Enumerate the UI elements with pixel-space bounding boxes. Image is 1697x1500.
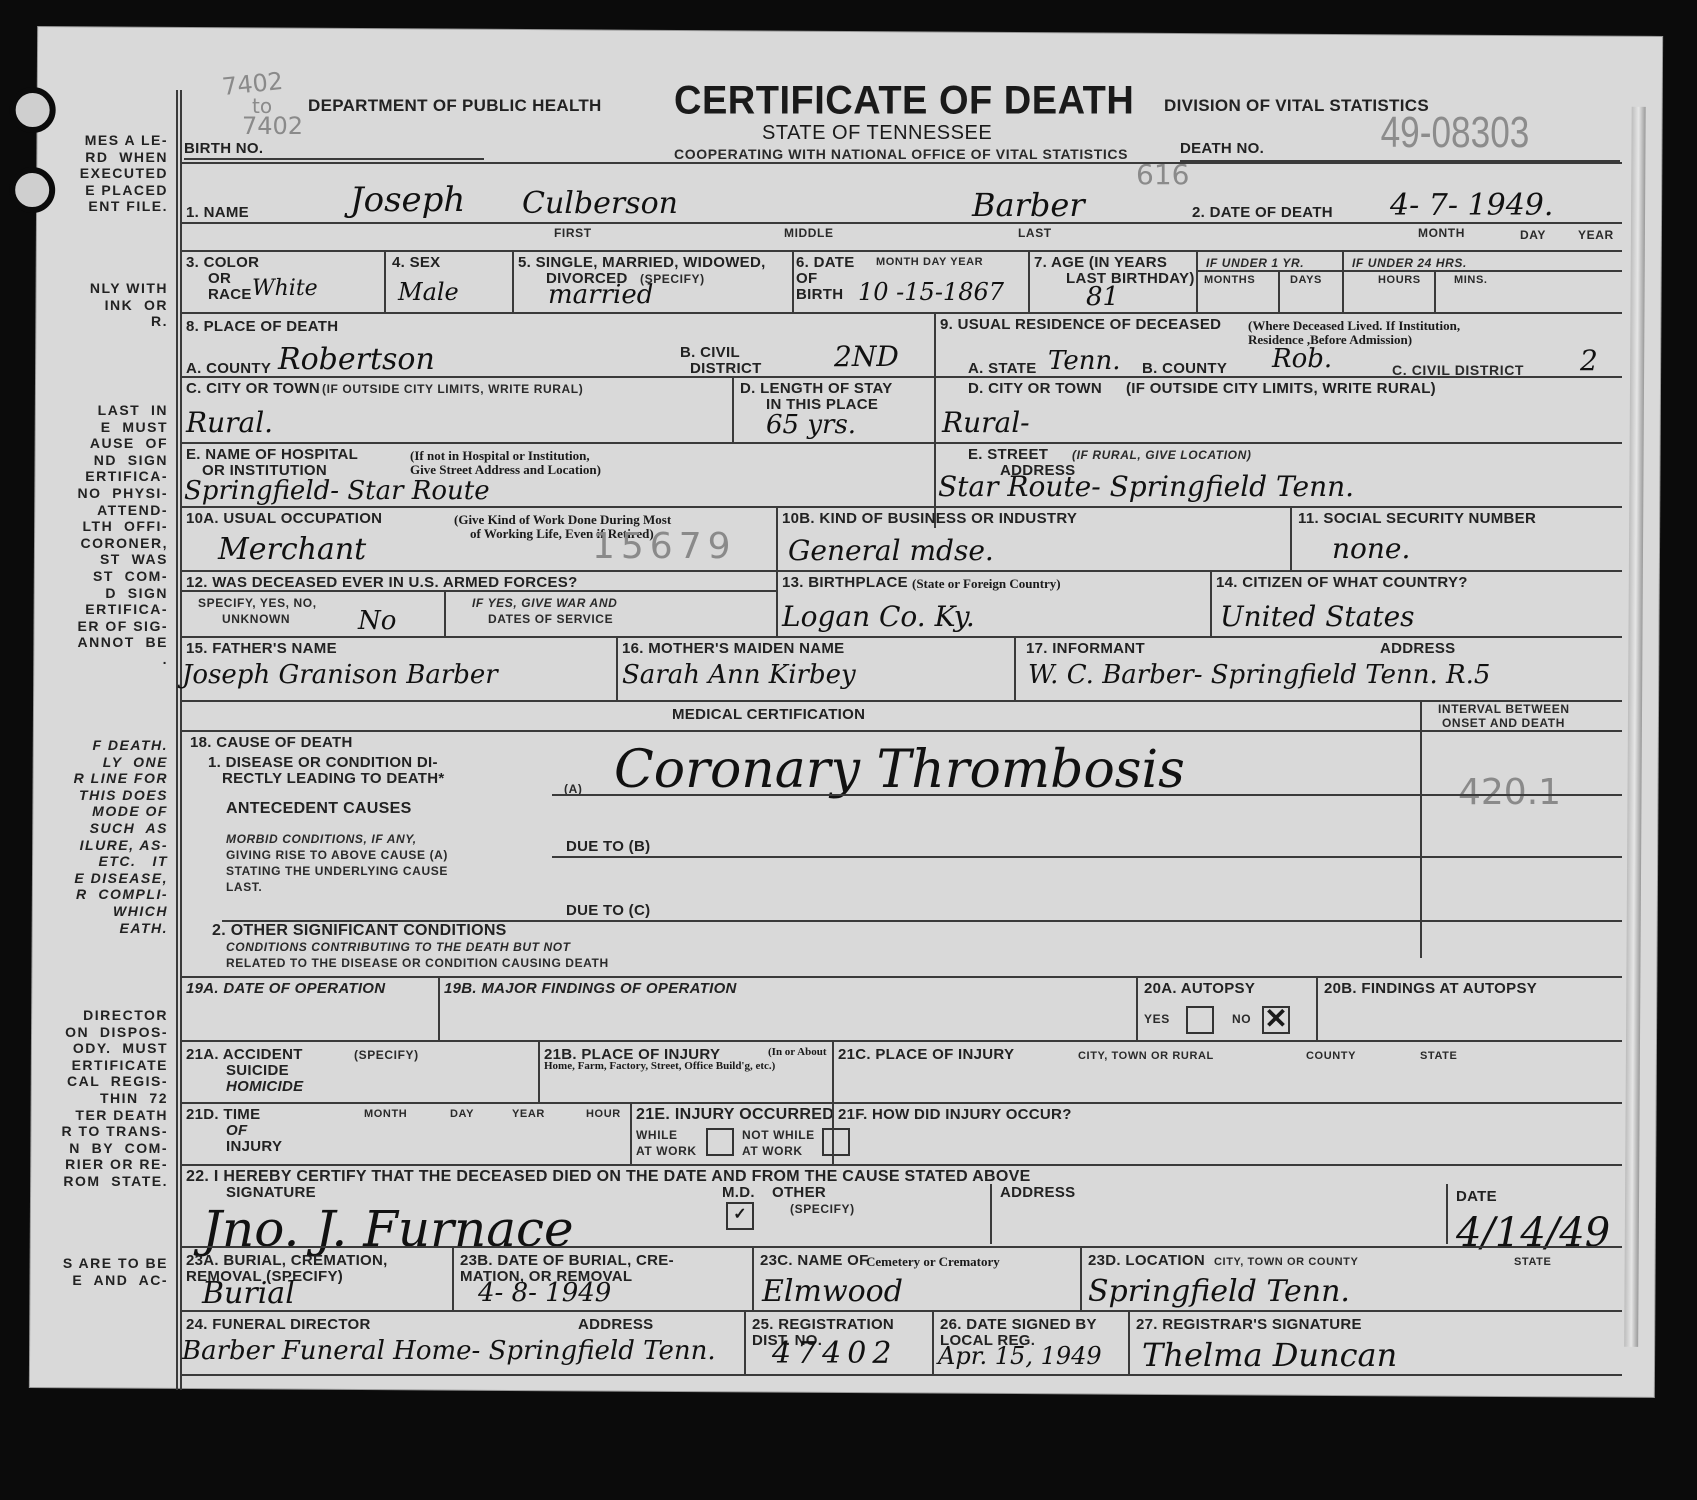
disease-label-2: RECTLY LEADING TO DEATH* bbox=[222, 770, 445, 787]
dob-captions: MONTH DAY YEAR bbox=[876, 256, 983, 268]
operation-findings-label: 19B. MAJOR FINDINGS OF OPERATION bbox=[444, 980, 737, 997]
rule bbox=[934, 312, 936, 528]
father-value: Joseph Granison Barber bbox=[182, 660, 498, 690]
year-caption: YEAR bbox=[1578, 228, 1614, 242]
marital-label: 5. SINGLE, MARRIED, WIDOWED, bbox=[518, 254, 766, 271]
morbid-label-2: GIVING RISE TO ABOVE CAUSE (A) bbox=[226, 848, 448, 862]
rule bbox=[792, 250, 794, 312]
autopsy-yes-checkbox[interactable] bbox=[1186, 1006, 1214, 1034]
rule bbox=[538, 1040, 540, 1102]
other-conditions-note-2: RELATED TO THE DISEASE OR CONDITION CAUS… bbox=[226, 956, 609, 970]
cooperating-label: COOPERATING WITH NATIONAL OFFICE OF VITA… bbox=[674, 146, 1128, 162]
rule bbox=[182, 312, 1622, 314]
res-city-note: (IF OUTSIDE CITY LIMITS, WRITE RURAL) bbox=[1126, 380, 1436, 397]
place-of-death-label: 8. PLACE OF DEATH bbox=[186, 318, 338, 335]
while-at-work-label: WHILE bbox=[636, 1128, 678, 1142]
informant-value: W. C. Barber- Springfield Tenn. R.5 bbox=[1028, 660, 1490, 690]
rule bbox=[444, 590, 446, 636]
certifier-address-label: ADDRESS bbox=[1000, 1184, 1075, 1201]
how-injury-label: 21F. HOW DID INJURY OCCUR? bbox=[838, 1106, 1072, 1123]
hours-label: HOURS bbox=[1378, 274, 1421, 286]
rule bbox=[832, 1040, 834, 1102]
burial-date-label: 23B. DATE OF BURIAL, CRE- bbox=[460, 1252, 674, 1269]
operation-date-label: 19A. DATE OF OPERATION bbox=[186, 980, 385, 997]
rule bbox=[182, 162, 1622, 164]
due-to-c-label: DUE TO (C) bbox=[566, 902, 650, 919]
registrar-signature-label: 27. REGISTRAR'S SIGNATURE bbox=[1136, 1316, 1362, 1333]
res-state-label: A. STATE bbox=[968, 360, 1037, 377]
rule bbox=[182, 1374, 1622, 1376]
name-middle: Culberson bbox=[522, 186, 678, 221]
rule bbox=[776, 570, 778, 636]
res-city-value: Rural- bbox=[942, 406, 1030, 439]
residence-label: 9. USUAL RESIDENCE OF DECEASED bbox=[940, 316, 1221, 333]
rule bbox=[1210, 570, 1212, 636]
rule bbox=[1196, 270, 1622, 272]
first-caption: FIRST bbox=[554, 226, 592, 240]
burial-type-label: 23A. BURIAL, CREMATION, bbox=[186, 1252, 388, 1269]
rule bbox=[384, 250, 386, 312]
mins-label: MINS. bbox=[1454, 274, 1488, 286]
burial-state-label: STATE bbox=[1514, 1256, 1551, 1268]
rule bbox=[744, 1310, 746, 1374]
cause-a-value: Coronary Thrombosis bbox=[614, 740, 1185, 800]
rule bbox=[752, 1246, 754, 1310]
last-caption: LAST bbox=[1018, 226, 1052, 240]
occupation-pencil-code: 15679 bbox=[592, 526, 737, 567]
day-caption-21: DAY bbox=[450, 1108, 474, 1120]
injury-occurred-label: 21E. INJURY OCCURRED bbox=[636, 1106, 834, 1124]
rule bbox=[776, 506, 778, 570]
burial-date-value: 4- 8- 1949 bbox=[478, 1278, 611, 1308]
sex-label: 4. SEX bbox=[392, 254, 441, 271]
armed-forces-value: No bbox=[358, 606, 396, 636]
form-border-left bbox=[176, 90, 178, 1390]
time-of-label: OF bbox=[226, 1122, 247, 1139]
rule bbox=[630, 1102, 632, 1164]
binder-hole bbox=[10, 87, 56, 133]
state-label: STATE OF TENNESSEE bbox=[762, 122, 992, 145]
days-label: DAYS bbox=[1290, 274, 1322, 286]
civil-district-value: 2ND bbox=[834, 340, 899, 373]
interval-label-2: ONSET AND DEATH bbox=[1442, 716, 1565, 730]
day-caption: DAY bbox=[1520, 228, 1546, 242]
funeral-director-label: 24. FUNERAL DIRECTOR bbox=[186, 1316, 371, 1333]
interval-label: INTERVAL BETWEEN bbox=[1438, 702, 1570, 716]
occupation-value: Merchant bbox=[218, 532, 366, 567]
city-note: (IF OUTSIDE CITY LIMITS, WRITE RURAL) bbox=[322, 382, 583, 396]
margin-instructions-3: LAST IN E MUST AUSE OF ND SIGN ERTIFICA-… bbox=[28, 402, 168, 668]
rule bbox=[182, 700, 1622, 702]
sex-value: Male bbox=[398, 278, 459, 306]
death-certificate-form: 7402 to 7402 DEPARTMENT OF PUBLIC HEALTH… bbox=[182, 60, 1622, 1400]
color-label: 3. COLOR bbox=[186, 254, 259, 271]
signature-label: SIGNATURE bbox=[226, 1184, 316, 1201]
mother-label: 16. MOTHER'S MAIDEN NAME bbox=[622, 640, 844, 657]
citizen-label: 14. CITIZEN OF WHAT COUNTRY? bbox=[1216, 574, 1468, 591]
race-value: White bbox=[252, 276, 318, 301]
rule bbox=[1316, 976, 1318, 1040]
rule bbox=[1014, 636, 1016, 700]
county-label: A. COUNTY bbox=[186, 360, 271, 377]
autopsy-no-label: NO bbox=[1232, 1012, 1251, 1026]
md-label: M.D. bbox=[722, 1184, 755, 1201]
county-caption: COUNTY bbox=[1306, 1050, 1356, 1062]
business-label: 10B. KIND OF BUSINESS OR INDUSTRY bbox=[782, 510, 1077, 527]
other-conditions-label: 2. OTHER SIGNIFICANT CONDITIONS bbox=[212, 922, 507, 940]
autopsy-no-checkbox-checked[interactable]: ✕ bbox=[1262, 1006, 1290, 1034]
rule bbox=[1434, 270, 1436, 312]
rule bbox=[732, 376, 734, 442]
certificate-title: CERTIFICATE OF DEATH bbox=[674, 79, 1134, 124]
physician-signature: Jno. J. Furnace bbox=[202, 1200, 574, 1258]
city-town-caption: CITY, TOWN OR RURAL bbox=[1078, 1050, 1214, 1062]
war-dates-label: DATES OF SERVICE bbox=[488, 612, 613, 626]
time-of-injury-label: 21D. TIME bbox=[186, 1106, 260, 1123]
suicide-label: SUICIDE bbox=[226, 1062, 289, 1079]
citizen-value: United States bbox=[1220, 600, 1415, 633]
birthplace-value: Logan Co. Ky. bbox=[782, 600, 975, 633]
burial-type-value: Burial bbox=[202, 1276, 295, 1311]
burial-location-label: 23D. LOCATION bbox=[1088, 1252, 1205, 1269]
armed-specify-label: SPECIFY, YES, NO, bbox=[198, 596, 317, 610]
length-of-stay-label: D. LENGTH OF STAY bbox=[740, 380, 893, 397]
rule bbox=[1128, 1310, 1130, 1374]
occupation-label: 10A. USUAL OCCUPATION bbox=[186, 510, 382, 527]
margin-instructions-4: F DEATH. LY ONE R LINE FOR THIS DOES MOD… bbox=[28, 737, 168, 936]
name-first: Joseph bbox=[350, 180, 465, 220]
death-no-label: DEATH NO. bbox=[1180, 140, 1264, 157]
date-of-death-label: 2. DATE OF DEATH bbox=[1192, 204, 1333, 221]
other-label: OTHER bbox=[772, 1184, 826, 1201]
age-label: 7. AGE (IN YEARS bbox=[1034, 254, 1167, 271]
rule bbox=[182, 590, 776, 592]
rule bbox=[182, 976, 1622, 978]
rule bbox=[182, 1246, 1622, 1248]
margin-instructions-1: MES A LE- RD WHEN EXECUTED E PLACED ENT … bbox=[28, 132, 168, 215]
dob-birth-label: BIRTH bbox=[796, 286, 843, 303]
rule bbox=[1342, 250, 1344, 312]
birth-no-label: BIRTH NO. bbox=[184, 140, 263, 157]
while-at-work-checkbox[interactable] bbox=[706, 1128, 734, 1156]
rule bbox=[182, 506, 1622, 508]
armed-forces-label: 12. WAS DECEASED EVER IN U.S. ARMED FORC… bbox=[186, 574, 578, 591]
rule bbox=[1028, 250, 1030, 312]
res-city-label: D. CITY OR TOWN bbox=[968, 380, 1102, 397]
cemetery-value: Elmwood bbox=[762, 1274, 903, 1309]
while-at-work-label-2: AT WORK bbox=[636, 1144, 697, 1158]
date-signed-label: 26. DATE SIGNED BY bbox=[940, 1316, 1097, 1333]
rule bbox=[182, 222, 1622, 224]
city-label: C. CITY OR TOWN bbox=[186, 380, 320, 397]
rule bbox=[182, 1040, 1622, 1042]
res-state-value: Tenn. bbox=[1048, 346, 1120, 376]
under-1yr-label: IF UNDER 1 YR. bbox=[1206, 256, 1304, 270]
rule bbox=[552, 794, 1622, 796]
antecedent-label: ANTECEDENT CAUSES bbox=[226, 800, 412, 818]
civil-district-label: B. CIVIL bbox=[680, 344, 740, 361]
rule bbox=[182, 730, 1622, 732]
name-last: Barber bbox=[972, 186, 1085, 224]
other-conditions-note: CONDITIONS CONTRIBUTING TO THE DEATH BUT… bbox=[226, 940, 571, 954]
homicide-label: HOMICIDE bbox=[226, 1078, 303, 1095]
margin-instructions-5: DIRECTOR ON DISPOS- ODY. MUST ERTIFICATE… bbox=[28, 1007, 168, 1190]
funeral-address-label: ADDRESS bbox=[578, 1316, 653, 1333]
cause-code: 420.1 bbox=[1458, 772, 1561, 813]
informant-address-label: ADDRESS bbox=[1380, 640, 1455, 657]
rule bbox=[932, 1310, 934, 1374]
father-label: 15. FATHER'S NAME bbox=[186, 640, 337, 657]
state-caption: STATE bbox=[1420, 1050, 1457, 1062]
month-caption: MONTH bbox=[1418, 226, 1465, 240]
time-injury-label: INJURY bbox=[226, 1138, 282, 1155]
rule bbox=[512, 250, 514, 312]
rule bbox=[616, 636, 618, 700]
medical-certification-title: MEDICAL CERTIFICATION bbox=[672, 706, 865, 723]
margin-instructions-2: NLY WITH INK OR R. bbox=[28, 280, 168, 330]
morbid-label: MORBID CONDITIONS, IF ANY, bbox=[226, 832, 417, 846]
registrar-signature-value: Thelma Duncan bbox=[1142, 1336, 1397, 1374]
dob-value: 10 -15-1867 bbox=[858, 278, 1004, 306]
rule bbox=[182, 636, 1622, 638]
res-civil-value: 2 bbox=[1580, 344, 1598, 377]
birth-no-line bbox=[184, 158, 484, 160]
reg-dist-label: 25. REGISTRATION bbox=[752, 1316, 894, 1333]
year-caption-21: YEAR bbox=[512, 1108, 545, 1120]
cemetery-label: 23C. NAME OF bbox=[760, 1252, 869, 1269]
business-value: General mdse. bbox=[788, 534, 994, 567]
res-county-value: Rob. bbox=[1272, 344, 1332, 374]
certify-date-label: DATE bbox=[1456, 1188, 1497, 1205]
res-street-label: E. STREET bbox=[968, 446, 1048, 463]
rule bbox=[182, 1102, 1622, 1104]
war-label: IF YES, GIVE WAR AND bbox=[472, 596, 617, 610]
under-24hrs-label: IF UNDER 24 HRS. bbox=[1352, 256, 1467, 270]
place-of-injury-note-2: Home, Farm, Factory, Street, Office Buil… bbox=[544, 1060, 775, 1072]
informant-label: 17. INFORMANT bbox=[1026, 640, 1145, 657]
dob-label: 6. DATE bbox=[796, 254, 855, 271]
rule bbox=[1136, 976, 1138, 1040]
res-civil-label: C. CIVIL DISTRICT bbox=[1392, 362, 1524, 378]
rule bbox=[452, 1246, 454, 1310]
rule bbox=[990, 1184, 992, 1244]
middle-caption: MIDDLE bbox=[784, 226, 834, 240]
age-value: 81 bbox=[1086, 282, 1119, 312]
cemetery-note: Cemetery or Crematory bbox=[866, 1254, 1000, 1270]
rule bbox=[1446, 1184, 1448, 1244]
ssn-label: 11. SOCIAL SECURITY NUMBER bbox=[1298, 510, 1536, 527]
margin-instructions-6: S ARE TO BE E AND AC- bbox=[28, 1255, 168, 1288]
autopsy-findings-label: 20B. FINDINGS AT AUTOPSY bbox=[1324, 980, 1537, 997]
race-label: RACE bbox=[208, 286, 252, 303]
paper-stack-edge bbox=[1624, 107, 1646, 1347]
length-of-stay-value: 65 yrs. bbox=[766, 410, 856, 440]
name-label: 1. NAME bbox=[186, 204, 249, 221]
rule bbox=[1080, 1246, 1082, 1310]
rule bbox=[182, 442, 1622, 444]
rule bbox=[182, 250, 1622, 252]
disease-label: 1. DISEASE OR CONDITION DI- bbox=[208, 754, 438, 771]
birthplace-note: (State or Foreign Country) bbox=[912, 576, 1061, 592]
mother-value: Sarah Ann Kirbey bbox=[622, 660, 856, 690]
date-of-death-value: 4- 7- 1949. bbox=[1390, 188, 1553, 223]
res-county-label: B. COUNTY bbox=[1142, 360, 1227, 377]
death-number: 49-08303 bbox=[1381, 108, 1530, 158]
armed-unknown-label: UNKNOWN bbox=[222, 612, 290, 626]
rule bbox=[1278, 270, 1280, 312]
morbid-label-4: LAST. bbox=[226, 880, 262, 894]
certify-date-value: 4/14/49 bbox=[1456, 1210, 1610, 1256]
funeral-director-value: Barber Funeral Home- Springfield Tenn. bbox=[182, 1336, 716, 1366]
accident-specify: (SPECIFY) bbox=[354, 1048, 419, 1062]
not-while-at-work-checkbox[interactable] bbox=[822, 1128, 850, 1156]
date-signed-value: Apr. 15, 1949 bbox=[938, 1342, 1102, 1370]
rule bbox=[182, 570, 1622, 572]
rule bbox=[552, 856, 1622, 858]
hour-caption-21: HOUR bbox=[586, 1108, 621, 1120]
hospital-value: Springfield- Star Route bbox=[184, 476, 490, 506]
pencil-note-7402b: 7402 bbox=[242, 112, 303, 140]
res-street-value: Star Route- Springfield Tenn. bbox=[938, 470, 1354, 503]
rule bbox=[1196, 250, 1198, 312]
res-street-note: (IF RURAL, GIVE LOCATION) bbox=[1072, 448, 1251, 462]
or-label: OR bbox=[208, 270, 231, 287]
city-value: Rural. bbox=[186, 406, 273, 439]
rule bbox=[1290, 506, 1292, 570]
dob-of-label: OF bbox=[796, 270, 817, 287]
autopsy-label: 20A. AUTOPSY bbox=[1144, 980, 1255, 997]
accident-label: 21A. ACCIDENT bbox=[186, 1046, 303, 1063]
rule bbox=[182, 1164, 1622, 1166]
birthplace-label: 13. BIRTHPLACE bbox=[782, 574, 908, 591]
civil-district-label-2: DISTRICT bbox=[690, 360, 762, 377]
autopsy-yes-label: YES bbox=[1144, 1012, 1170, 1026]
form-border-left-inner bbox=[180, 90, 182, 1390]
months-label: MONTHS bbox=[1204, 274, 1255, 286]
place-of-injury-c-label: 21C. PLACE OF INJURY bbox=[838, 1046, 1014, 1063]
place-of-injury-note: (In or About bbox=[768, 1046, 826, 1058]
marital-value: married bbox=[548, 280, 653, 310]
hospital-label: E. NAME OF HOSPITAL bbox=[186, 446, 358, 463]
not-while-label: NOT WHILE bbox=[742, 1128, 815, 1142]
department-label: DEPARTMENT OF PUBLIC HEALTH bbox=[308, 96, 602, 116]
month-caption-21: MONTH bbox=[364, 1108, 407, 1120]
rule bbox=[182, 1310, 1622, 1312]
cause-of-death-label: 18. CAUSE OF DEATH bbox=[190, 734, 353, 751]
burial-location-note: CITY, TOWN OR COUNTY bbox=[1214, 1256, 1358, 1268]
ssn-value: none. bbox=[1332, 532, 1410, 565]
rule bbox=[832, 1102, 834, 1164]
morbid-label-3: STATING THE UNDERLYING CAUSE bbox=[226, 864, 448, 878]
rule bbox=[438, 976, 440, 1040]
other-specify: (SPECIFY) bbox=[790, 1202, 855, 1216]
county-value: Robertson bbox=[278, 342, 435, 377]
due-to-b-label: DUE TO (B) bbox=[566, 838, 650, 855]
not-while-label-2: AT WORK bbox=[742, 1144, 803, 1158]
md-checkbox-checked[interactable]: ✓ bbox=[726, 1202, 754, 1230]
burial-location-value: Springfield Tenn. bbox=[1088, 1274, 1350, 1309]
reg-dist-value: 47402 bbox=[772, 1336, 897, 1371]
